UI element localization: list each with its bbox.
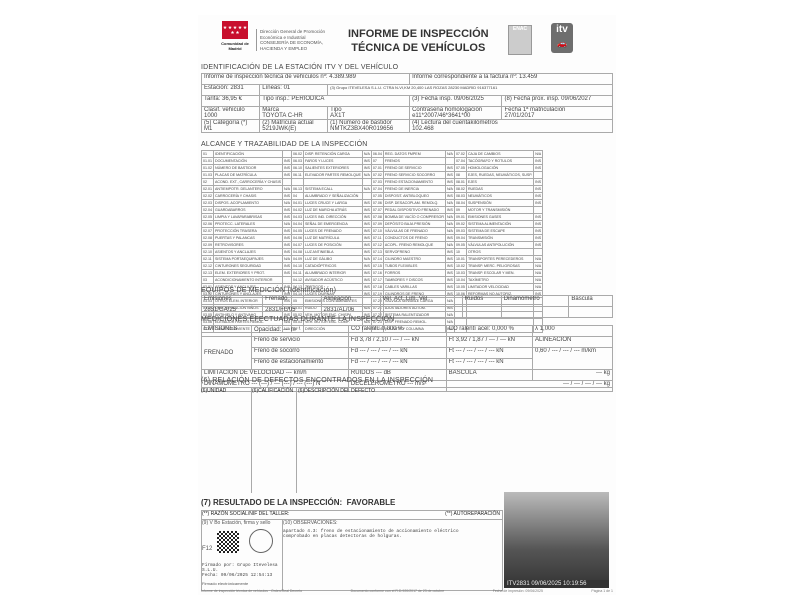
mediciones-section-title: MEDICIONES EFECTUADAS DURANTE LA INSPECC… (201, 316, 394, 323)
alcance-row: 01.02NÚMERO DE BASTIDORINS06.10SALIENTES… (202, 165, 543, 172)
ident-section-title: IDENTIFICACIÓN DE LA ESTACIÓN ITV Y DEL … (201, 64, 398, 71)
alcance-row: 02.02CARROCERÍA Y CHASISINS04ALUMBRADO Y… (202, 193, 543, 200)
alcance-row: 02ACOND. EXT., CARROCERÍA Y CHASIS07.03F… (202, 179, 543, 186)
issuer-text: Dirección General de PromociónEconómica … (256, 29, 325, 51)
alcance-row: 02.06PROTECC. LATERALESN/A04.04SEÑAL DE … (202, 221, 543, 228)
alcance-row: 01IDENTIFICACIÓN06.02DISP. RETENCIÓN CAR… (202, 151, 543, 158)
alcance-section-title: ALCANCE Y TRAZABILIDAD DE LA INSPECCIÓN (201, 141, 368, 148)
alcance-row: 03ACONDICIONAMIENTO INTERIOR04.12AVISADO… (202, 277, 543, 284)
vehicle-photo: ITV2831 09/06/2025 10:19:56 (504, 492, 609, 588)
observaciones-box: (10) OBSERVACIONES: apartado 4.3: freno … (282, 519, 503, 591)
defectos-section-title: (6) RELACIÓN DE DEFECTOS ENCONTRADOS EN … (201, 377, 433, 384)
alcance-row: 02.08PUERTAS Y PALANCASINS04.06LUZ DE MA… (202, 235, 543, 242)
report-title: INFORME DE INSPECCIÓNTÉCNICA DE VEHÍCULO… (348, 27, 489, 55)
alcance-row: 02.04GUARDABARROSINS04.02LUZ DE MARCHA A… (202, 207, 543, 214)
enac-logo: ENAC (508, 25, 532, 55)
alcance-row: 02.13ELEM. EXTERIORES Y PROT.INS04.11ALU… (202, 270, 543, 277)
alcance-row: 02.11SISTEMA PORTAEQUIPAJESN/A04.09LUZ D… (202, 256, 543, 263)
ident-table: Informe de inspección técnica de vehícul… (201, 73, 613, 133)
alcance-row: 02.09RETROVISORESINS04.07LUCES DE POSICI… (202, 242, 543, 249)
alcance-row: 02.10ASIENTOS Y ANCLAJESINS04.08LUZ ANTI… (202, 249, 543, 256)
firma-box: (9) V Bo Estación, firma y sello F12 Fir… (201, 519, 283, 591)
report-header: Comunidad de Madrid Dirección General de… (198, 15, 616, 63)
itv-logo: itv🚗 (551, 23, 573, 53)
equipos-section-title: EQUIPOS DE MEDICIÓN (Identificación) (201, 287, 336, 294)
comunidad-madrid-logo: Comunidad de Madrid (216, 21, 254, 59)
qr-code[interactable] (217, 531, 239, 553)
alcance-row: 01.01DOCUMENTACIÓNINS06.03FAROS Y LUCESI… (202, 158, 543, 165)
alcance-row: 02.07PROTECCIÓN TRASERAINS04.05LUCES DE … (202, 228, 543, 235)
equipos-table: EmisionesFrenadoAlineaciónVel. Act. Lim.… (201, 295, 613, 318)
alcance-row: 01.03PLACAS DE MATRÍCULAINS06.11ELEVADOR… (202, 172, 543, 179)
station-seal (249, 529, 273, 553)
resultado: (7) RESULTADO DE LA INSPECCIÓN: FAVORABL… (201, 498, 395, 507)
inspection-report: Comunidad de Madrid Dirección General de… (198, 15, 616, 595)
defectos-area: (6)UNIDAD (6)CALIFICACIÓN (6)DESCRIPCIÓN… (201, 387, 612, 493)
alcance-row: 02.12CINTURONES SEGURIDADINS04.10CATADIÓ… (202, 263, 543, 270)
resultado-value: FAVORABLE (347, 498, 396, 507)
alcance-row: 02.03DISPOS. ACOPLAMIENTON/A04.01LUCES C… (202, 200, 543, 207)
alcance-row: 02.01ANTIEMPOTR. DELANTERON/A06.13SISTEM… (202, 186, 543, 193)
alcance-row: 02.05LIMPIA Y LAVAPARABRISASINS04.03LUCE… (202, 214, 543, 221)
footer: Informe de inspección técnica de vehícul… (201, 589, 613, 593)
